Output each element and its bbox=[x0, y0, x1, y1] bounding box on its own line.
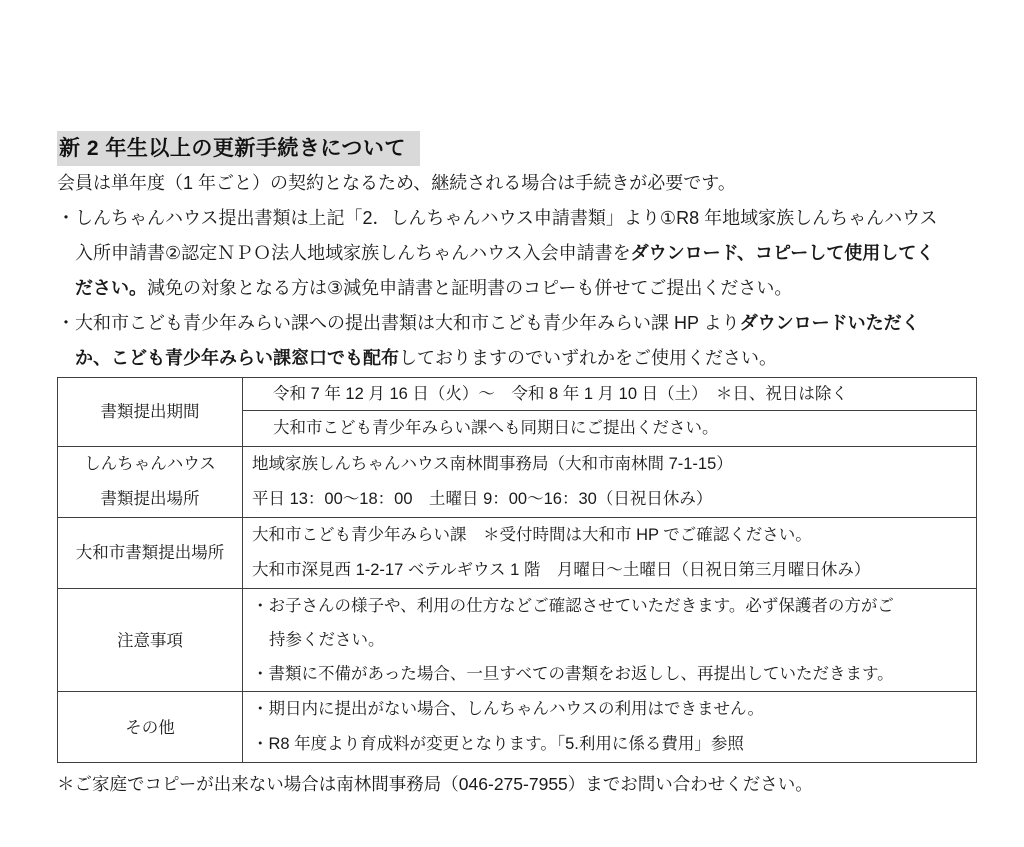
label-line: しんちゃんハウス bbox=[58, 447, 242, 482]
cell-submission-period-dates: 令和 7 年 12 月 16 日（火）～ 令和 8 年 1 月 10 日（土） … bbox=[243, 378, 977, 411]
document-content: 新 2 年生以上の更新手続きについて 会員は単年度（1 年ごと）の契約となるため… bbox=[57, 131, 977, 802]
cell-line: 大和市こども青少年みらい課へも同期日にご提出ください。 bbox=[273, 411, 968, 446]
cell-line: 地域家族しんちゃんハウス南林間事務局（大和市南林間 7-1-15） bbox=[252, 447, 968, 482]
cell-line: ・R8 年度より育成料が変更となります。「5.利用に係る費用」参照 bbox=[252, 727, 968, 762]
cell-line: 令和 7 年 12 月 16 日（火）～ 令和 8 年 1 月 10 日（土） … bbox=[273, 378, 968, 410]
cell-line: 平日 13：00～18：00 土曜日 9：00～16：30（日祝日休み） bbox=[252, 482, 968, 517]
table-row-submission-period-1: 書類提出期間 令和 7 年 12 月 16 日（火）～ 令和 8 年 1 月 1… bbox=[58, 378, 977, 411]
cell-line: ・お子さんの様子や、利用の仕方などご確認させていただきます。必ず保護者の方がご bbox=[252, 589, 968, 623]
bullet1-line2-normal: 入所申請書②認定ＮＰＯ法人地域家族しんちゃんハウス入会申請書を bbox=[75, 243, 631, 263]
cell-line: ・期日内に提出がない場合、しんちゃんハウスの利用はできません。 bbox=[252, 692, 968, 727]
row-label-yamato-city-place: 大和市書類提出場所 bbox=[58, 518, 243, 589]
bullet1-line2: 入所申請書②認定ＮＰＯ法人地域家族しんちゃんハウス入会申請書をダウンロード、コピ… bbox=[57, 236, 977, 271]
intro-paragraph: 会員は単年度（1 年ごと）の契約となるため、継続される場合は手続きが必要です。 bbox=[57, 166, 977, 201]
bullet2-line2: か、こども青少年みらい課窓口でも配布しておりますのでいずれかをご使用ください。 bbox=[57, 341, 977, 376]
bullet1-line3-normal: 減免の対象となる方は③減免申請書と証明書のコピーも併せてご提出ください。 bbox=[147, 278, 792, 298]
section-heading: 新 2 年生以上の更新手続きについて bbox=[57, 131, 420, 166]
bullet2-line2-bold: か、こども青少年みらい課窓口でも配布 bbox=[75, 348, 399, 368]
row-label-shinchan-house-place: しんちゃんハウス 書類提出場所 bbox=[58, 447, 243, 518]
cell-line: 大和市深見西 1-2-17 ベテルギウス 1 階 月曜日～土曜日（日祝日第三月曜… bbox=[252, 553, 968, 588]
body-paragraphs: 会員は単年度（1 年ごと）の契約となるため、継続される場合は手続きが必要です。 … bbox=[57, 166, 977, 376]
cell-shinchan-house-place: 地域家族しんちゃんハウス南林間事務局（大和市南林間 7-1-15） 平日 13：… bbox=[243, 447, 977, 518]
cell-others: ・期日内に提出がない場合、しんちゃんハウスの利用はできません。 ・R8 年度より… bbox=[243, 692, 977, 763]
row-label-submission-period: 書類提出期間 bbox=[58, 378, 243, 447]
bullet1-line3-bold: ださい。 bbox=[75, 278, 147, 298]
row-label-notes: 注意事項 bbox=[58, 589, 243, 692]
label-line: 書類提出場所 bbox=[58, 482, 242, 517]
cell-line: ・書類に不備があった場合、一旦すべての書類をお返しし、再提出していただきます。 bbox=[252, 657, 968, 691]
table-row-shinchan-house-place: しんちゃんハウス 書類提出場所 地域家族しんちゃんハウス南林間事務局（大和市南林… bbox=[58, 447, 977, 518]
procedure-table: 書類提出期間 令和 7 年 12 月 16 日（火）～ 令和 8 年 1 月 1… bbox=[57, 377, 977, 763]
cell-submission-period-note: 大和市こども青少年みらい課へも同期日にご提出ください。 bbox=[243, 411, 977, 447]
document-page: 新 2 年生以上の更新手続きについて 会員は単年度（1 年ごと）の契約となるため… bbox=[0, 0, 1024, 847]
table-row-yamato-city-place: 大和市書類提出場所 大和市こども青少年みらい課 ＊受付時間は大和市 HP でご確… bbox=[58, 518, 977, 589]
bullet2-line1: ・大和市こども青少年みらい課への提出書類は大和市こども青少年みらい課 HP より… bbox=[57, 306, 977, 341]
cell-yamato-city-place: 大和市こども青少年みらい課 ＊受付時間は大和市 HP でご確認ください。 大和市… bbox=[243, 518, 977, 589]
bullet1-line3: ださい。減免の対象となる方は③減免申請書と証明書のコピーも併せてご提出ください。 bbox=[57, 271, 977, 306]
bullet1-line2-bold: ダウンロード、コピーして使用してく bbox=[631, 243, 935, 263]
bullet1-line1: ・しんちゃんハウス提出書類は上記「2．しんちゃんハウス申請書類」より①R8 年地… bbox=[57, 201, 977, 236]
table-row-notes: 注意事項 ・お子さんの様子や、利用の仕方などご確認させていただきます。必ず保護者… bbox=[58, 589, 977, 692]
cell-notes: ・お子さんの様子や、利用の仕方などご確認させていただきます。必ず保護者の方がご … bbox=[243, 589, 977, 692]
bullet2-line1-normal: ・大和市こども青少年みらい課への提出書類は大和市こども青少年みらい課 HP より bbox=[57, 313, 740, 333]
table-row-others: その他 ・期日内に提出がない場合、しんちゃんハウスの利用はできません。 ・R8 … bbox=[58, 692, 977, 763]
bullet2-line1-bold: ダウンロードいただく bbox=[740, 313, 920, 333]
footer-note: ＊ご家庭でコピーが出来ない場合は南林間事務局（046-275-7955）までお問… bbox=[57, 767, 977, 802]
cell-line: 持参ください。 bbox=[252, 623, 968, 657]
row-label-others: その他 bbox=[58, 692, 243, 763]
cell-line: 大和市こども青少年みらい課 ＊受付時間は大和市 HP でご確認ください。 bbox=[252, 518, 968, 553]
bullet2-line2-normal: しておりますのでいずれかをご使用ください。 bbox=[399, 348, 777, 368]
